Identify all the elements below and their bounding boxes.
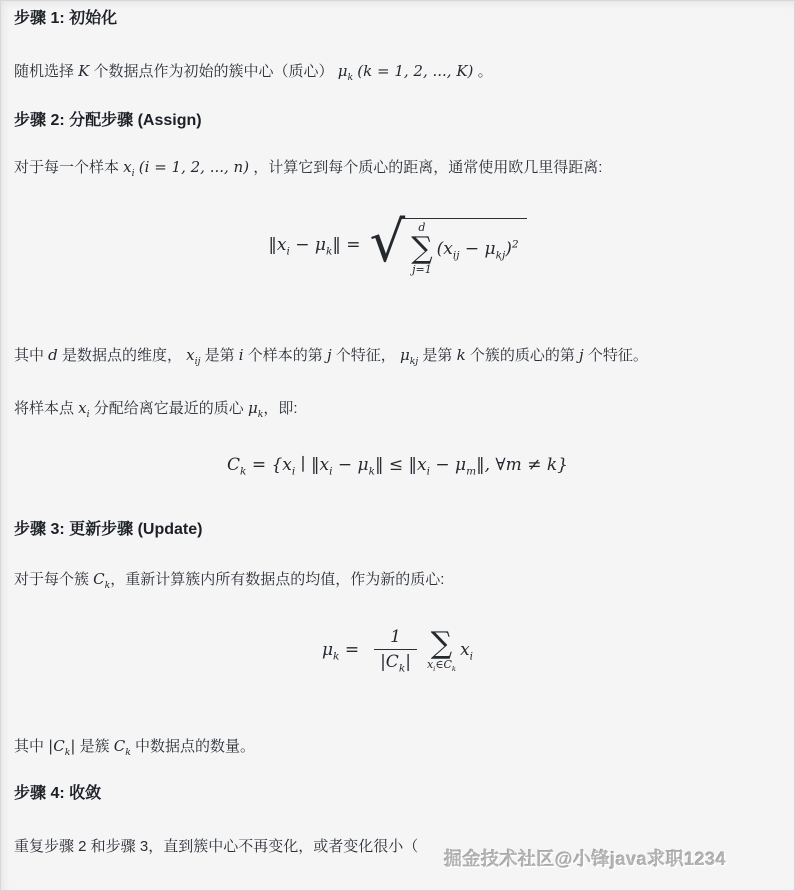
- inline-text: 重复步骤 2 和步骤 3，直到簇中心不再变化，或者变化很小（: [14, 838, 418, 855]
- inline-text: 个簇的质心的第: [466, 347, 579, 364]
- inline-math: (i = 1, 2, ..., n): [139, 158, 249, 176]
- sum-lower-limit: xi∈Ck: [427, 659, 456, 672]
- inline-math: d: [48, 346, 58, 364]
- inline-text: 是簇: [75, 738, 113, 755]
- assignment-expression: Ck = {xi ∣ ‖xi − μk‖ ≤ ‖xi − μm‖, ∀m ≠ k…: [227, 455, 568, 475]
- dimension-note-paragraph: 其中 d 是数据点的维度， xij 是第 i 个样本的第 j 个特征， μkj …: [14, 344, 781, 368]
- inline-math: K: [78, 62, 89, 80]
- formula-lhs: ‖xi − μk‖ =: [268, 235, 360, 255]
- inline-text: 个特征。: [584, 347, 648, 364]
- radical-sign-icon: √: [370, 215, 406, 271]
- assignment-intro-paragraph: 将样本点 xi 分配给离它最近的质心 μk，即:: [14, 397, 781, 421]
- inline-text: 是数据点的维度，: [58, 347, 186, 364]
- inline-text: 是第: [200, 347, 238, 364]
- inline-math: Ck: [93, 570, 110, 588]
- inline-math: μk: [338, 62, 353, 80]
- inline-text: 中数据点的数量。: [131, 738, 255, 755]
- update-lhs: μk =: [322, 640, 359, 660]
- step-1-paragraph: 随机选择 K 个数据点作为初始的簇中心（质心） μk (k = 1, 2, ..…: [14, 60, 781, 84]
- inline-text: ，即:: [263, 400, 297, 417]
- inline-math: xi: [78, 399, 89, 417]
- sum-lower-limit: j=1: [412, 264, 432, 277]
- article-body: 步骤 1: 初始化 随机选择 K 个数据点作为初始的簇中心（质心） μk (k …: [0, 0, 795, 858]
- inline-text: 对于每一个样本: [14, 159, 123, 176]
- formula-euclidean-distance: ‖xi − μk‖ = √ d ∑ j=1 (xij − μkj)2: [14, 214, 781, 277]
- inline-math: k: [457, 346, 466, 364]
- step-3-heading: 步骤 3: 更新步骤 (Update): [14, 521, 781, 539]
- summation: d ∑ j=1: [411, 222, 432, 277]
- inline-math: μk: [248, 399, 263, 417]
- sum-body: (xij − μkj)2: [437, 239, 519, 259]
- summation: ∑ xi∈Ck: [427, 629, 456, 672]
- fraction: 1 |Ck|: [374, 627, 417, 673]
- sum-body: xi: [460, 640, 473, 660]
- inline-math: (k = 1, 2, ..., K): [357, 62, 473, 80]
- inline-text: ，计算它到每个质心的距离，通常使用欧几里得距离:: [249, 159, 602, 176]
- watermark: 掘金技术社区@小锋java求职1234: [444, 845, 726, 871]
- inline-text: 分配给离它最近的质心: [90, 400, 248, 417]
- inline-text: 个样本的第: [244, 347, 327, 364]
- inline-text: 个特征，: [332, 347, 400, 364]
- inline-math: xij: [186, 346, 200, 364]
- sigma-icon: ∑: [431, 629, 452, 659]
- fraction-numerator: 1: [384, 627, 407, 649]
- inline-math: |Ck|: [48, 737, 75, 755]
- step-1-heading: 步骤 1: 初始化: [14, 10, 781, 28]
- inline-math: Ck: [114, 737, 131, 755]
- inline-text: 对于每个簇: [14, 571, 93, 588]
- step-3-paragraph: 对于每个簇 Ck，重新计算簇内所有数据点的均值，作为新的质心:: [14, 568, 781, 592]
- formula-cluster-assignment: Ck = {xi ∣ ‖xi − μk‖ ≤ ‖xi − μm‖, ∀m ≠ k…: [14, 455, 781, 475]
- radicand: d ∑ j=1 (xij − μkj)2: [400, 218, 526, 277]
- inline-text: 将样本点: [14, 400, 78, 417]
- sigma-icon: ∑: [411, 234, 432, 264]
- inline-text: 是第: [418, 347, 456, 364]
- inline-text: 。: [473, 63, 492, 80]
- step-2-paragraph: 对于每一个样本 xi (i = 1, 2, ..., n) ，计算它到每个质心的…: [14, 156, 781, 180]
- step-4-heading: 步骤 4: 收敛: [14, 785, 781, 803]
- cluster-size-note-paragraph: 其中 |Ck| 是簇 Ck 中数据点的数量。: [14, 735, 781, 759]
- inline-text: 其中: [14, 738, 48, 755]
- inline-math: μkj: [400, 346, 418, 364]
- inline-text: 个数据点作为初始的簇中心（质心）: [89, 63, 337, 80]
- square-root: √ d ∑ j=1 (xij − μkj)2: [370, 214, 527, 277]
- inline-text: 其中: [14, 347, 48, 364]
- step-2-heading: 步骤 2: 分配步骤 (Assign): [14, 112, 781, 130]
- inline-math: xi: [123, 158, 134, 176]
- inline-text: 随机选择: [14, 63, 78, 80]
- inline-text: ，重新计算簇内所有数据点的均值，作为新的质心:: [110, 571, 444, 588]
- formula-centroid-update: μk = 1 |Ck| ∑ xi∈Ck xi: [14, 627, 781, 673]
- fraction-denominator: |Ck|: [374, 649, 417, 672]
